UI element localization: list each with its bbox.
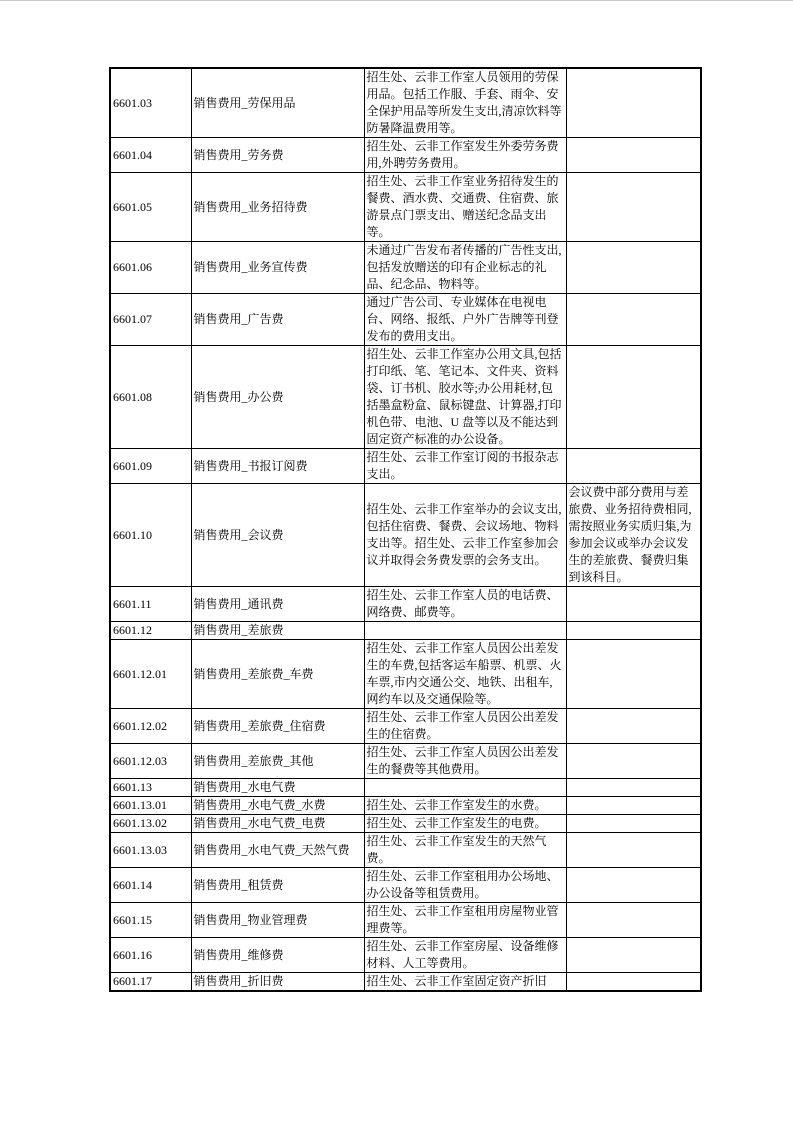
- account-description-cell: 招生处、云非工作室房屋、设备维修材料、人工等费用。: [364, 938, 566, 973]
- account-note-cell: [566, 938, 701, 973]
- table-row: 6601.16销售费用_维修费招生处、云非工作室房屋、设备维修材料、人工等费用。: [110, 938, 701, 973]
- account-name-cell: 销售费用_劳务费: [191, 138, 364, 173]
- account-name-cell: 销售费用_水电气费_水费: [191, 797, 364, 815]
- table-row: 6601.12.01销售费用_差旅费_车费招生处、云非工作室人员因公出差发生的车…: [110, 640, 701, 709]
- table-row: 6601.15销售费用_物业管理费招生处、云非工作室租用房屋物业管理费等。: [110, 903, 701, 938]
- account-note-cell: [566, 797, 701, 815]
- account-note-cell: [566, 242, 701, 294]
- account-description-cell: 招生处、云非工作室发生的水费。: [364, 797, 566, 815]
- account-description-cell: 招生处、云非工作室发生外委劳务费用,外聘劳务费用。: [364, 138, 566, 173]
- account-name-cell: 销售费用_业务宣传费: [191, 242, 364, 294]
- account-code-cell: 6601.07: [110, 294, 191, 346]
- account-description-cell: 招生处、云非工作室办公用文具,包括打印纸、笔、笔记本、文件夹、资料袋、订书机、胶…: [364, 346, 566, 449]
- account-note-cell: [566, 587, 701, 622]
- account-description-cell: 招生处、云非工作室发生的电费。: [364, 815, 566, 833]
- account-description-cell: 招生处、云非工作室业务招待发生的餐费、酒水费、交通费、住宿费、旅游景点门票支出、…: [364, 173, 566, 242]
- account-description-cell: 通过广告公司、专业媒体在电视电台、网络、报纸、户外广告牌等刊登发布的费用支出。: [364, 294, 566, 346]
- account-name-cell: 销售费用_差旅费_住宿费: [191, 709, 364, 744]
- account-note-cell: [566, 779, 701, 797]
- table-row: 6601.12.03销售费用_差旅费_其他招生处、云非工作室人员因公出差发生的餐…: [110, 744, 701, 779]
- account-code-cell: 6601.12.02: [110, 709, 191, 744]
- account-note-cell: [566, 449, 701, 484]
- table-row: 6601.13.03销售费用_水电气费_天然气费招生处、云非工作室发生的天然气费…: [110, 833, 701, 868]
- account-name-cell: 销售费用_租赁费: [191, 868, 364, 903]
- table-row: 6601.03销售费用_劳保用品招生处、云非工作室人员领用的劳保用品。包括工作服…: [110, 68, 701, 138]
- account-note-cell: [566, 346, 701, 449]
- account-code-cell: 6601.12.01: [110, 640, 191, 709]
- account-note-cell: [566, 709, 701, 744]
- account-code-cell: 6601.04: [110, 138, 191, 173]
- account-name-cell: 销售费用_差旅费_其他: [191, 744, 364, 779]
- account-code-cell: 6601.13.02: [110, 815, 191, 833]
- account-table-body: 6601.03销售费用_劳保用品招生处、云非工作室人员领用的劳保用品。包括工作服…: [110, 68, 701, 991]
- account-name-cell: 销售费用_水电气费_电费: [191, 815, 364, 833]
- account-name-cell: 销售费用_劳保用品: [191, 68, 364, 138]
- account-note-cell: [566, 622, 701, 640]
- account-name-cell: 销售费用_水电气费_天然气费: [191, 833, 364, 868]
- account-note-cell: [566, 833, 701, 868]
- account-name-cell: 销售费用_书报订阅费: [191, 449, 364, 484]
- table-row: 6601.09销售费用_书报订阅费招生处、云非工作室订阅的书报杂志支出。: [110, 449, 701, 484]
- table-row: 6601.12.02销售费用_差旅费_住宿费招生处、云非工作室人员因公出差发生的…: [110, 709, 701, 744]
- account-name-cell: 销售费用_差旅费_车费: [191, 640, 364, 709]
- account-code-cell: 6601.15: [110, 903, 191, 938]
- table-row: 6601.17销售费用_折旧费招生处、云非工作室固定资产折旧: [110, 973, 701, 992]
- account-name-cell: 销售费用_水电气费: [191, 779, 364, 797]
- table-row: 6601.13.02销售费用_水电气费_电费招生处、云非工作室发生的电费。: [110, 815, 701, 833]
- account-code-cell: 6601.08: [110, 346, 191, 449]
- table-row: 6601.04销售费用_劳务费招生处、云非工作室发生外委劳务费用,外聘劳务费用。: [110, 138, 701, 173]
- table-row: 6601.12销售费用_差旅费: [110, 622, 701, 640]
- document-page: 6601.03销售费用_劳保用品招生处、云非工作室人员领用的劳保用品。包括工作服…: [0, 0, 793, 1122]
- account-table: 6601.03销售费用_劳保用品招生处、云非工作室人员领用的劳保用品。包括工作服…: [109, 67, 702, 992]
- table-row: 6601.13.01销售费用_水电气费_水费招生处、云非工作室发生的水费。: [110, 797, 701, 815]
- account-name-cell: 销售费用_物业管理费: [191, 903, 364, 938]
- account-note-cell: [566, 744, 701, 779]
- account-note-cell: [566, 294, 701, 346]
- account-description-cell: [364, 622, 566, 640]
- account-name-cell: 销售费用_差旅费: [191, 622, 364, 640]
- account-description-cell: 招生处、云非工作室人员因公出差发生的车费,包括客运车船票、机票、火车票,市内交通…: [364, 640, 566, 709]
- table-row: 6601.05销售费用_业务招待费招生处、云非工作室业务招待发生的餐费、酒水费、…: [110, 173, 701, 242]
- account-name-cell: 销售费用_办公费: [191, 346, 364, 449]
- account-description-cell: 招生处、云非工作室人员因公出差发生的餐费等其他费用。: [364, 744, 566, 779]
- account-description-cell: 招生处、云非工作室租用办公场地、办公设备等租赁费用。: [364, 868, 566, 903]
- account-note-cell: [566, 815, 701, 833]
- account-code-cell: 6601.10: [110, 484, 191, 587]
- account-code-cell: 6601.13.03: [110, 833, 191, 868]
- account-code-cell: 6601.03: [110, 68, 191, 138]
- account-code-cell: 6601.14: [110, 868, 191, 903]
- account-note-cell: 会议费中部分费用与差旅费、业务招待费相同,需按照业务实质归集,为参加会议或举办会…: [566, 484, 701, 587]
- table-row: 6601.14销售费用_租赁费招生处、云非工作室租用办公场地、办公设备等租赁费用…: [110, 868, 701, 903]
- account-name-cell: 销售费用_通讯费: [191, 587, 364, 622]
- account-code-cell: 6601.13: [110, 779, 191, 797]
- account-description-cell: 招生处、云非工作室固定资产折旧: [364, 973, 566, 992]
- account-description-cell: 招生处、云非工作室人员因公出差发生的住宿费。: [364, 709, 566, 744]
- account-description-cell: 招生处、云非工作室举办的会议支出,包括住宿费、餐费、会议场地、物料支出等。招生处…: [364, 484, 566, 587]
- account-code-cell: 6601.06: [110, 242, 191, 294]
- account-code-cell: 6601.13.01: [110, 797, 191, 815]
- account-description-cell: [364, 779, 566, 797]
- account-note-cell: [566, 903, 701, 938]
- account-note-cell: [566, 868, 701, 903]
- account-code-cell: 6601.11: [110, 587, 191, 622]
- account-name-cell: 销售费用_折旧费: [191, 973, 364, 992]
- account-description-cell: 未通过广告发布者传播的广告性支出,包括发放赠送的印有企业标志的礼品、纪念品、物料…: [364, 242, 566, 294]
- account-name-cell: 销售费用_业务招待费: [191, 173, 364, 242]
- account-code-cell: 6601.12: [110, 622, 191, 640]
- account-code-cell: 6601.09: [110, 449, 191, 484]
- account-name-cell: 销售费用_维修费: [191, 938, 364, 973]
- account-description-cell: 招生处、云非工作室人员领用的劳保用品。包括工作服、手套、雨伞、安全保护用品等所发…: [364, 68, 566, 138]
- account-code-cell: 6601.16: [110, 938, 191, 973]
- account-note-cell: [566, 68, 701, 138]
- account-note-cell: [566, 640, 701, 709]
- table-row: 6601.08销售费用_办公费招生处、云非工作室办公用文具,包括打印纸、笔、笔记…: [110, 346, 701, 449]
- account-note-cell: [566, 973, 701, 992]
- account-name-cell: 销售费用_广告费: [191, 294, 364, 346]
- account-code-cell: 6601.12.03: [110, 744, 191, 779]
- account-name-cell: 销售费用_会议费: [191, 484, 364, 587]
- table-row: 6601.07销售费用_广告费通过广告公司、专业媒体在电视电台、网络、报纸、户外…: [110, 294, 701, 346]
- table-row: 6601.06销售费用_业务宣传费未通过广告发布者传播的广告性支出,包括发放赠送…: [110, 242, 701, 294]
- table-row: 6601.10销售费用_会议费招生处、云非工作室举办的会议支出,包括住宿费、餐费…: [110, 484, 701, 587]
- account-description-cell: 招生处、云非工作室租用房屋物业管理费等。: [364, 903, 566, 938]
- account-code-cell: 6601.17: [110, 973, 191, 992]
- account-description-cell: 招生处、云非工作室订阅的书报杂志支出。: [364, 449, 566, 484]
- account-code-cell: 6601.05: [110, 173, 191, 242]
- account-description-cell: 招生处、云非工作室人员的电话费、网络费、邮费等。: [364, 587, 566, 622]
- account-note-cell: [566, 173, 701, 242]
- table-row: 6601.11销售费用_通讯费招生处、云非工作室人员的电话费、网络费、邮费等。: [110, 587, 701, 622]
- account-description-cell: 招生处、云非工作室发生的天然气费。: [364, 833, 566, 868]
- account-note-cell: [566, 138, 701, 173]
- table-row: 6601.13销售费用_水电气费: [110, 779, 701, 797]
